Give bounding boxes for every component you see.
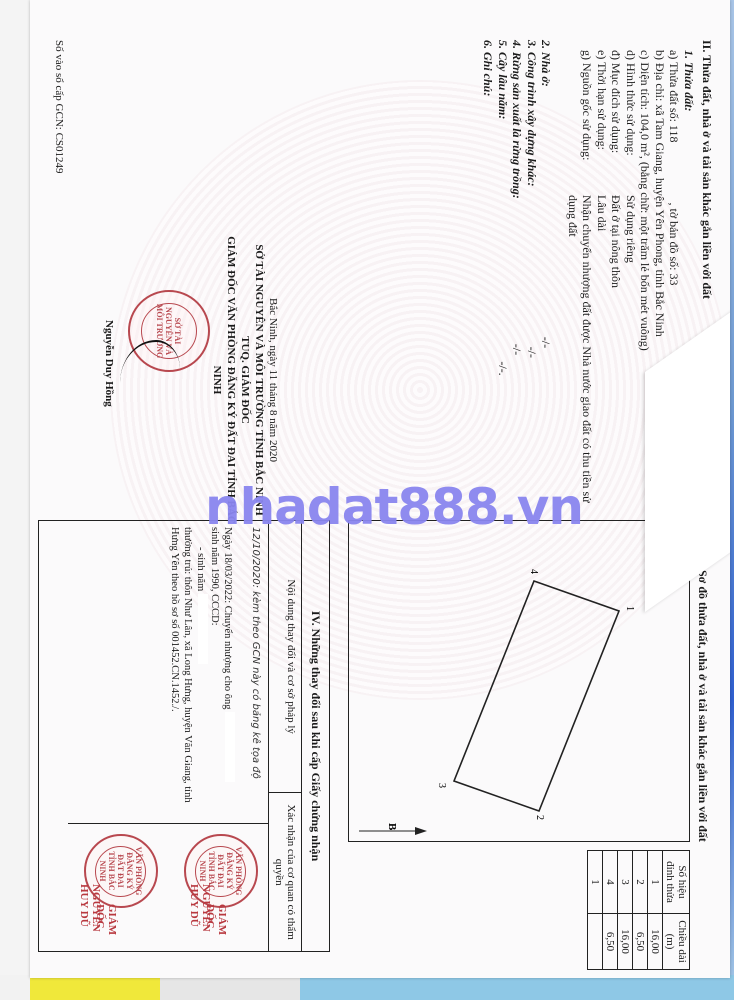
boundary-length-table: Số hiệu đỉnh thửa Chiều dài (m) 116,0026… [587,850,690,970]
register-number: Số vào sổ cấp GCN: CS01249 [53,40,65,174]
table-row: 1 [588,851,603,970]
section-ii-title: II. Thửa đất, nhà ở và tài sản khác gắn … [699,40,714,299]
perennial-item: 5. Cây lâu năm:-/-. [496,40,511,503]
transfer-line: thường trú: thôn Như Lân, xã Long Hưng, … [181,527,194,817]
table-row: 46,50 [603,851,618,970]
section-ii: II. Thửa đất, nhà ở và tài sản khác gắn … [30,20,720,490]
construction-item: 3. Công trình xây dựng khác:-/- [525,40,540,503]
transfer-line: Hưng Yên theo hồ sơ số 001452.CN.1452./. [168,527,181,817]
house-item: 2. Nhà ở:-/- [539,40,554,503]
change-content: 12/10/2020: kèm theo GCN này có bảng kê … [68,521,268,824]
section-iv-title: IV. Những thay đổi sau khi cấp Giấy chứn… [301,521,329,951]
vertex-label: 1 [624,606,635,611]
land-line: dụng đất [566,40,581,503]
transfer-line: sinh năm 1990, CCCD: [208,527,221,817]
svg-text:3: 3 [436,783,447,788]
land-line: g) Nguồn gốc sử dụng:Nhận chuyển nhượng … [580,40,595,503]
transfer-line: - sinh năm [194,527,208,817]
notes-item: 6. Ghi chú: [481,40,496,503]
changes-section: IV. Những thay đổi sau khi cấp Giấy chứn… [38,520,330,952]
changes-header: Nội dung thay đổi và cơ sở pháp lý Xác n… [268,521,301,951]
transfer-line: Ngày 18/03/2022: Chuyển nhượng cho ông [221,527,235,817]
table-row: 316,00 [618,851,633,970]
table-row: 26,50 [633,851,648,970]
land-line: e) Thời hạn sử dụng:Lâu dài [595,40,610,503]
forest-item: 4. Rừng sản xuất là rừng trồng:-/- [510,40,525,503]
parcel-diagram: 1 2 3 4 B [349,521,689,841]
section-iii-title: III. Sơ đồ thửa đất, nhà ở và tài sản kh… [695,550,710,842]
land-line: d) Hình thức sử dụng:Sử dụng riêng [624,40,639,503]
svg-text:4: 4 [528,569,539,574]
land-line: đ) Mục đích sử dụng:Đất ở tại nông thôn [609,40,624,503]
svg-text:B: B [386,823,398,831]
handwritten-signature [120,340,180,412]
handwritten-note: 12/10/2020: kèm theo GCN này có bảng kê … [249,527,262,817]
parcel-sketch: 1 2 3 4 B [348,520,690,842]
authority-confirmation: VĂN PHÒNG ĐĂNG KÝ ĐẤT ĐAI TỈNH BẮC NINH … [68,824,268,951]
background-bottom [0,975,734,1000]
table-row: 116,00 [648,851,663,970]
section-iii-iv: III. Sơ đồ thửa đất, nhà ở và tài sản kh… [30,510,720,970]
watermark-logo: nhadat888.vn [205,478,583,536]
svg-text:2: 2 [534,815,545,820]
signer-name: Nguyễn Duy Hồng [103,320,115,407]
changes-body: 12/10/2020: kèm theo GCN này có bảng kê … [68,521,268,951]
